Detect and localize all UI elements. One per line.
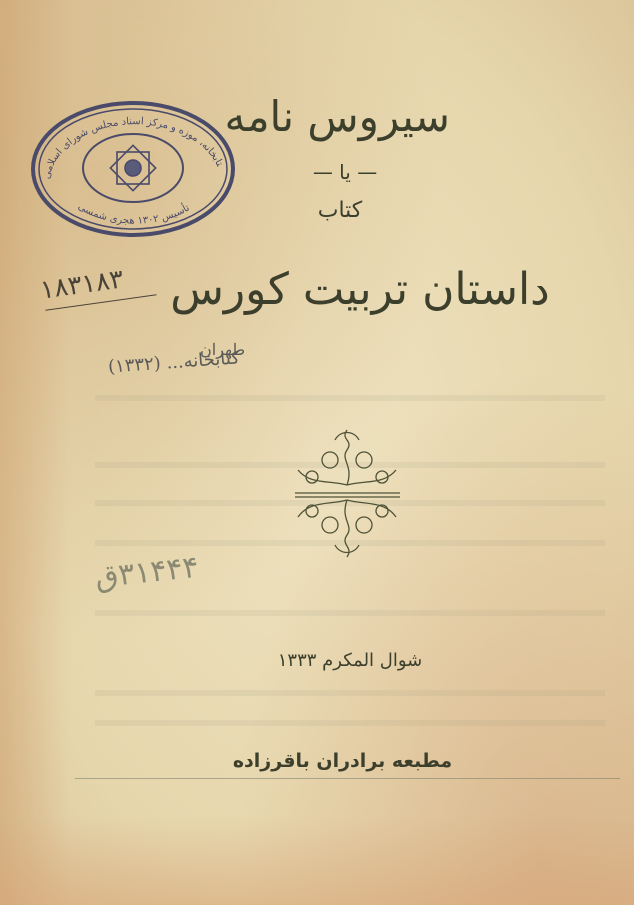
or-separator: — یا — xyxy=(300,160,390,184)
bleed-through-line xyxy=(95,690,605,696)
library-stamp-icon: کتابخانه، موزه و مرکز اسناد مجلس شورای ا… xyxy=(28,98,238,240)
bleed-through-line xyxy=(95,395,605,401)
bottom-rule xyxy=(75,778,620,779)
bleed-through-line xyxy=(95,720,605,726)
publication-date: شوال المکرم ۱۳۳۳ xyxy=(260,650,440,671)
publisher: مطبعه برادران باقرزاده xyxy=(225,750,460,772)
book-subtitle: داستان تربیت کورس xyxy=(140,264,580,315)
bleed-through-line xyxy=(95,610,605,616)
pencil-shelf-number: ۳۱۴۴۴ق xyxy=(93,550,200,596)
handwritten-note: کتابخانه... (۱۳۳۲) xyxy=(107,347,240,377)
book-title: سیروس نامه xyxy=(250,92,450,141)
book-label: کتاب xyxy=(295,198,385,223)
page-bottom-stain xyxy=(0,815,634,905)
floral-ornament-icon xyxy=(290,425,405,560)
